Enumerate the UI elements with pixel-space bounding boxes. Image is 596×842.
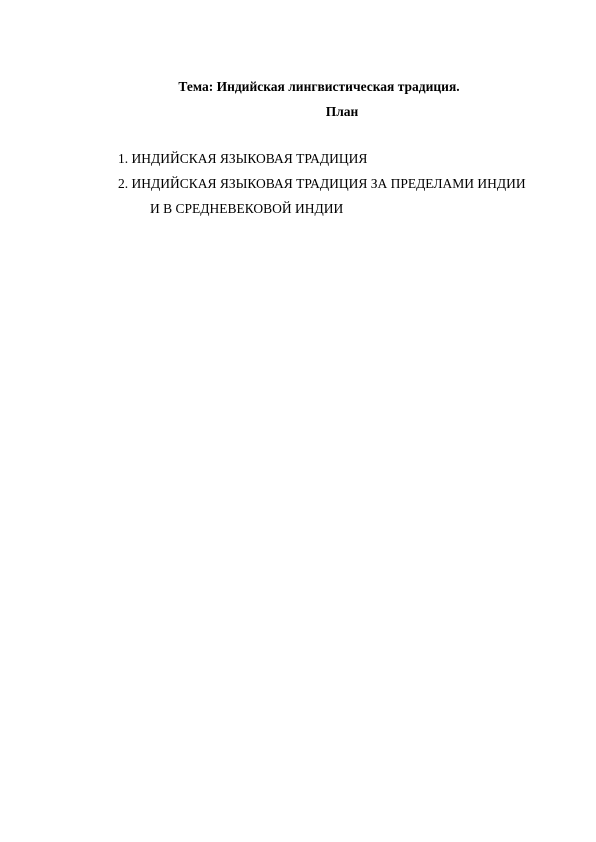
plan-item: 1. ИНДИЙСКАЯ ЯЗЫКОВАЯ ТРАДИЦИЯ (118, 151, 367, 167)
plan-heading: План (0, 104, 596, 120)
plan-item-continuation: И В СРЕДНЕВЕКОВОЙ ИНДИИ (150, 201, 343, 217)
plan-item: 2. ИНДИЙСКАЯ ЯЗЫКОВАЯ ТРАДИЦИЯ ЗА ПРЕДЕЛ… (118, 176, 526, 192)
document-title: Тема: Индийская лингвистическая традиция… (0, 79, 596, 95)
plan-item-number: 1. (118, 151, 128, 166)
document-page: Тема: Индийская лингвистическая традиция… (0, 0, 596, 842)
plan-item-text: ИНДИЙСКАЯ ЯЗЫКОВАЯ ТРАДИЦИЯ ЗА ПРЕДЕЛАМИ… (132, 176, 526, 191)
plan-item-number: 2. (118, 176, 128, 191)
plan-item-text: ИНДИЙСКАЯ ЯЗЫКОВАЯ ТРАДИЦИЯ (132, 151, 368, 166)
